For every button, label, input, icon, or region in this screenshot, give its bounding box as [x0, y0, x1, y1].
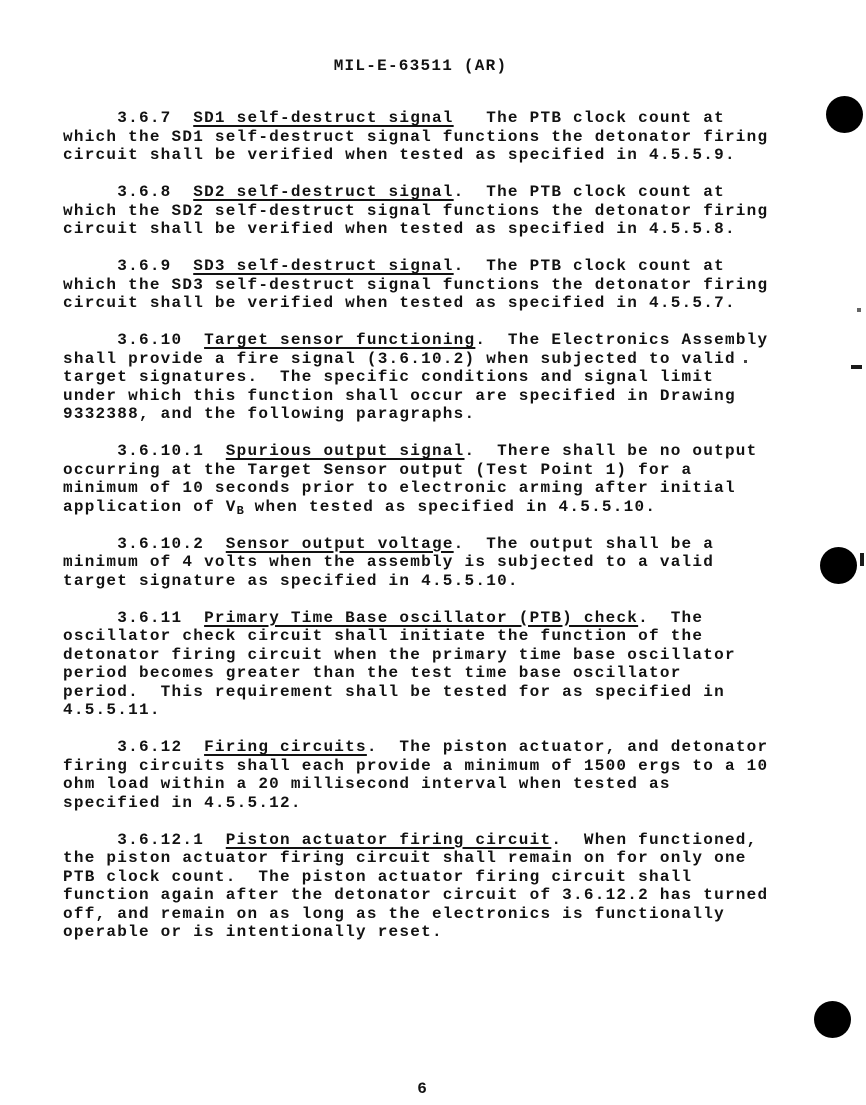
text-line: operable or is intentionally reset.: [63, 923, 833, 942]
paragraph-title: SD2 self-destruct signal: [193, 183, 453, 201]
text-line: circuit shall be verified when tested as…: [63, 294, 833, 313]
punch-hole-mark-middle: [820, 547, 857, 584]
paragraph-first-line: 3.6.12 Firing circuits. The piston actua…: [63, 738, 833, 757]
scan-artifact-tick: [860, 553, 864, 566]
text-line: 4.5.5.11.: [63, 701, 833, 720]
scan-artifact-speck: [857, 308, 861, 312]
text-line: specified in 4.5.5.12.: [63, 794, 833, 813]
text-line: under which this function shall occur ar…: [63, 387, 833, 406]
paragraph-3-6-8: 3.6.8 SD2 self-destruct signal. The PTB …: [63, 183, 833, 239]
text-line: ohm load within a 20 millisecond interva…: [63, 775, 833, 794]
paragraph-first-line: 3.6.9 SD3 self-destruct signal. The PTB …: [63, 257, 833, 276]
scan-artifact-dash: [851, 365, 862, 369]
paragraph-title: Sensor output voltage: [226, 535, 454, 553]
punch-hole-mark-top: [826, 96, 863, 133]
text-line: which the SD2 self-destruct signal funct…: [63, 202, 833, 221]
text-line: shall provide a fire signal (3.6.10.2) w…: [63, 350, 833, 369]
paragraph-title: Primary Time Base oscillator (PTB) check: [204, 609, 638, 627]
paragraph-title: Piston actuator firing circuit: [226, 831, 552, 849]
paragraph-3-6-9: 3.6.9 SD3 self-destruct signal. The PTB …: [63, 257, 833, 313]
paragraph-first-line: 3.6.8 SD2 self-destruct signal. The PTB …: [63, 183, 833, 202]
text-line: off, and remain on as long as the electr…: [63, 905, 833, 924]
text-line: PTB clock count. The piston actuator fir…: [63, 868, 833, 887]
paragraph-title: Firing circuits: [204, 738, 367, 756]
text-line: 9332388, and the following paragraphs.: [63, 405, 833, 424]
paragraph-first-line: 3.6.12.1 Piston actuator firing circuit.…: [63, 831, 833, 850]
document-body: 3.6.7 SD1 self-destruct signal The PTB c…: [63, 109, 833, 960]
paragraph-3-6-10: 3.6.10 Target sensor functioning. The El…: [63, 331, 833, 424]
document-header: MIL-E-63511 (AR): [0, 57, 841, 75]
paragraph-3-6-7: 3.6.7 SD1 self-destruct signal The PTB c…: [63, 109, 833, 165]
punch-hole-mark-bottom: [814, 1001, 851, 1038]
text-line: occurring at the Target Sensor output (T…: [63, 461, 833, 480]
paragraph-first-line: 3.6.7 SD1 self-destruct signal The PTB c…: [63, 109, 833, 128]
text-line: application of VB when tested as specifi…: [63, 498, 833, 517]
paragraph-3-6-10-2: 3.6.10.2 Sensor output voltage. The outp…: [63, 535, 833, 591]
text-line: minimum of 10 seconds prior to electroni…: [63, 479, 833, 498]
paragraph-3-6-11: 3.6.11 Primary Time Base oscillator (PTB…: [63, 609, 833, 720]
text-line: the piston actuator firing circuit shall…: [63, 849, 833, 868]
paragraph-3-6-12-1: 3.6.12.1 Piston actuator firing circuit.…: [63, 831, 833, 942]
page-number: 6: [0, 1080, 845, 1098]
paragraph-first-line: 3.6.10.2 Sensor output voltage. The outp…: [63, 535, 833, 554]
text-line: period. This requirement shall be tested…: [63, 683, 833, 702]
paragraph-first-line: 3.6.10.1 Spurious output signal. There s…: [63, 442, 833, 461]
text-line: oscillator check circuit shall initiate …: [63, 627, 833, 646]
text-line: which the SD3 self-destruct signal funct…: [63, 276, 833, 295]
text-line: target signature as specified in 4.5.5.1…: [63, 572, 833, 591]
text-line: circuit shall be verified when tested as…: [63, 146, 833, 165]
paragraph-title: SD3 self-destruct signal: [193, 257, 453, 275]
paragraph-title: SD1 self-destruct signal: [193, 109, 453, 127]
paragraph-title: Spurious output signal: [226, 442, 465, 460]
text-line: period becomes greater than the test tim…: [63, 664, 833, 683]
text-line: which the SD1 self-destruct signal funct…: [63, 128, 833, 147]
subscript: B: [237, 504, 244, 518]
paragraph-3-6-12: 3.6.12 Firing circuits. The piston actua…: [63, 738, 833, 812]
text-line: detonator firing circuit when the primar…: [63, 646, 833, 665]
paragraph-first-line: 3.6.10 Target sensor functioning. The El…: [63, 331, 833, 350]
text-line: circuit shall be verified when tested as…: [63, 220, 833, 239]
scanned-document-page: MIL-E-63511 (AR) 3.6.7 SD1 self-destruct…: [0, 0, 866, 1105]
text-line: function again after the detonator circu…: [63, 886, 833, 905]
paragraph-3-6-10-1: 3.6.10.1 Spurious output signal. There s…: [63, 442, 833, 516]
paragraph-first-line: 3.6.11 Primary Time Base oscillator (PTB…: [63, 609, 833, 628]
text-line: firing circuits shall each provide a min…: [63, 757, 833, 776]
scan-artifact-speck: [744, 360, 747, 363]
text-line: target signatures. The specific conditio…: [63, 368, 833, 387]
paragraph-title: Target sensor functioning: [204, 331, 475, 349]
text-line: minimum of 4 volts when the assembly is …: [63, 553, 833, 572]
